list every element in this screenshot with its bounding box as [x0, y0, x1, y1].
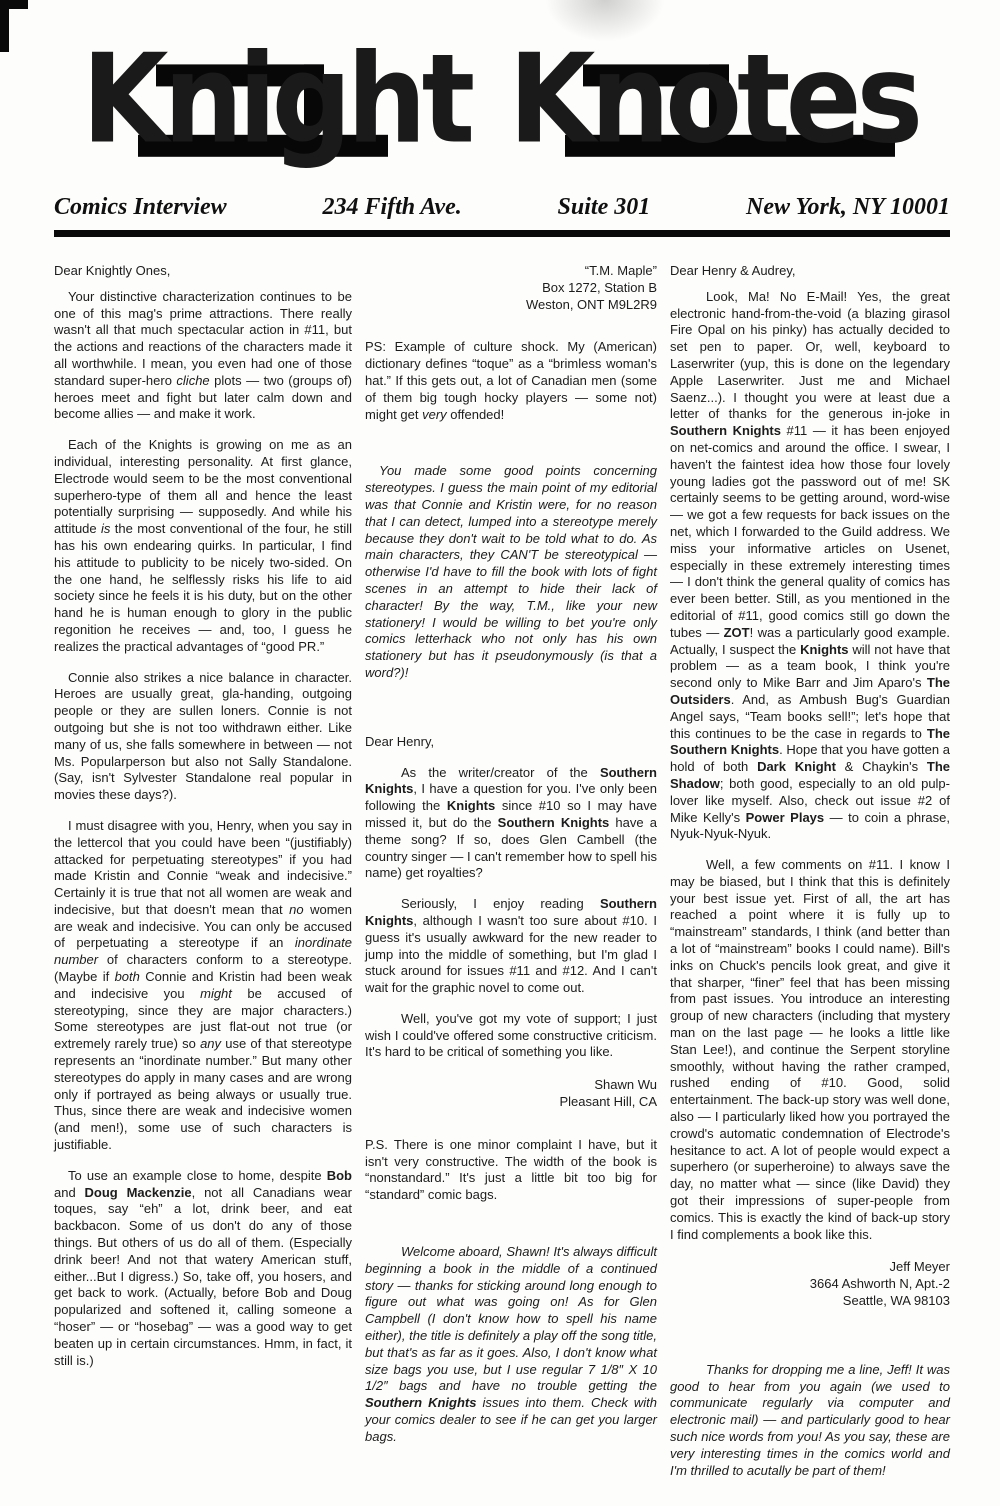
logo-text-knight: Knight: [82, 28, 470, 171]
text-run: offended!: [447, 407, 505, 422]
signature-line: Jeff Meyer: [670, 1259, 950, 1276]
text-run: Dear Henry & Audrey,: [670, 263, 795, 278]
address-street: 234 Fifth Ave.: [322, 194, 461, 221]
text-run: Welcome aboard, Shawn! It's always diffi…: [365, 1244, 657, 1393]
signature-line: 3664 Ashworth N, Apt.-2: [670, 1276, 950, 1293]
signature-line: Shawn Wu: [365, 1077, 657, 1094]
scan-artifact: [0, 0, 28, 9]
text-run: very: [422, 407, 447, 422]
text-run: Southern Knights: [670, 423, 781, 438]
text-run: To use an example close to home, despite: [68, 1168, 327, 1183]
text-run: As the writer/creator of the: [401, 765, 600, 780]
text-run: Well, a few comments on #11. I know I ma…: [670, 857, 950, 1242]
editor-reply-paragraph: Thanks for dropping me a line, Jeff! It …: [670, 1362, 950, 1480]
text-run: Bob: [327, 1168, 352, 1183]
text-run: might: [200, 986, 232, 1001]
text-run: no: [289, 902, 303, 917]
signature-line: “T.M. Maple”: [365, 263, 657, 280]
letter-paragraph: PS: Example of culture shock. My (Americ…: [365, 339, 657, 423]
text-run: Knights: [800, 642, 848, 657]
editor-reply-paragraph: You made some good points concerning ste…: [365, 463, 657, 681]
text-run: You made some good points concerning ste…: [365, 463, 657, 680]
masthead-address: Comics Interview 234 Fifth Ave. Suite 30…: [54, 194, 950, 221]
text-run: Southern Knights: [365, 1395, 476, 1410]
text-run: cliche: [176, 373, 209, 388]
signature-line: Seattle, WA 98103: [670, 1293, 950, 1310]
text-run: any: [200, 1036, 221, 1051]
text-run: PS: Example of culture shock. My (Americ…: [365, 339, 657, 421]
text-run: is: [101, 521, 110, 536]
text-run: Thanks for dropping me a line, Jeff! It …: [670, 1362, 950, 1478]
text-run: Doug Mackenzie: [85, 1185, 192, 1200]
logo: Knight Knotes: [0, 38, 1000, 150]
signature-line: Weston, ONT M9L2R9: [365, 297, 657, 314]
column-right: Dear Henry & Audrey,Look, Ma! No E-Mail!…: [670, 263, 950, 1488]
text-run: & Chaykin's: [836, 759, 927, 774]
text-run: #11 — it has been enjoyed on net-comics …: [670, 423, 950, 640]
letter-paragraph: To use an example close to home, despite…: [54, 1168, 352, 1370]
masthead-rule: [54, 230, 950, 237]
text-run: Connie also strikes a nice balance in ch…: [54, 670, 352, 803]
text-run: ZOT: [724, 625, 750, 640]
letter-paragraph: Connie also strikes a nice balance in ch…: [54, 670, 352, 804]
text-run: Well, you've got my vote of support; I j…: [365, 1011, 657, 1060]
address-publisher: Comics Interview: [54, 194, 227, 221]
address-suite: Suite 301: [558, 194, 651, 221]
letter-signature: Shawn WuPleasant Hill, CA: [365, 1077, 657, 1111]
text-run: Dear Henry,: [365, 734, 434, 749]
letter-paragraph: Your distinctive characterization contin…: [54, 289, 352, 423]
text-run: Power Plays: [746, 810, 825, 825]
letter-paragraph: Look, Ma! No E-Mail! Yes, the great elec…: [670, 289, 950, 843]
text-run: both: [115, 969, 140, 984]
letter-paragraph: As the writer/creator of the Southern Kn…: [365, 765, 657, 883]
letter-paragraph: Well, a few comments on #11. I know I ma…: [670, 857, 950, 1243]
editor-reply-paragraph: Welcome aboard, Shawn! It's always diffi…: [365, 1244, 657, 1446]
scanned-letters-page: Knight Knotes Comics Interview 234 Fifth…: [0, 0, 1000, 1506]
column-left: Dear Knightly Ones,Your distinctive char…: [54, 263, 352, 1488]
column-middle: “T.M. Maple”Box 1272, Station BWeston, O…: [365, 263, 657, 1488]
letter-paragraph: Each of the Knights is growing on me as …: [54, 437, 352, 655]
letter-paragraph: Dear Henry,: [365, 734, 657, 751]
text-run: Knights: [447, 798, 495, 813]
logo-text-knotes: Knotes: [509, 28, 919, 171]
text-run: Look, Ma! No E-Mail! Yes, the great elec…: [670, 289, 950, 422]
letter-paragraph: I must disagree with you, Henry, when yo…: [54, 818, 352, 1154]
text-run: use of that stereotype represents an “in…: [54, 1036, 352, 1152]
letter-paragraph: Dear Henry & Audrey,: [670, 263, 950, 280]
text-run: Dark Knight: [757, 759, 836, 774]
signature-line: Box 1272, Station B: [365, 280, 657, 297]
letter-signature: Jeff Meyer3664 Ashworth N, Apt.-2Seattle…: [670, 1259, 950, 1309]
text-run: Southern Knights: [498, 815, 610, 830]
letter-signature: “T.M. Maple”Box 1272, Station BWeston, O…: [365, 263, 657, 313]
text-run: P.S. There is one minor complaint I have…: [365, 1137, 657, 1202]
logo-word-knight: Knight: [82, 38, 470, 161]
logo-word-knotes: Knotes: [509, 38, 919, 161]
address-city: New York, NY 10001: [746, 194, 950, 221]
letter-paragraph: Seriously, I enjoy reading Southern Knig…: [365, 896, 657, 997]
text-run: Dear Knightly Ones,: [54, 263, 170, 278]
text-run: , not all Canadians wear toques, say “eh…: [54, 1185, 352, 1368]
signature-line: Pleasant Hill, CA: [365, 1094, 657, 1111]
letter-paragraph: Dear Knightly Ones,: [54, 263, 352, 280]
text-run: and: [54, 1185, 85, 1200]
letter-paragraph: Well, you've got my vote of support; I j…: [365, 1011, 657, 1061]
text-run: Seriously, I enjoy reading: [401, 896, 600, 911]
text-run: the most conventional of the four, he st…: [54, 521, 352, 654]
letter-paragraph: P.S. There is one minor complaint I have…: [365, 1137, 657, 1204]
letters-columns: Dear Knightly Ones,Your distinctive char…: [54, 263, 950, 1488]
